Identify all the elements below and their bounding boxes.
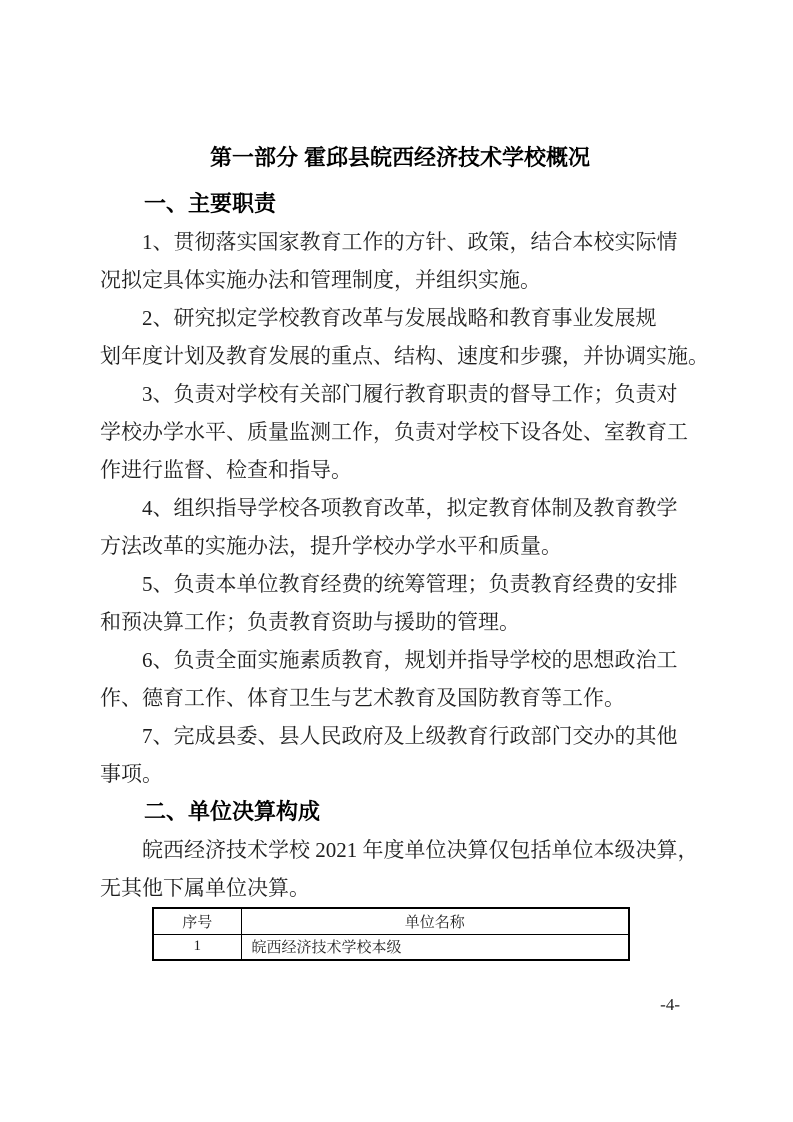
- paragraph-line: 4、组织指导学校各项教育改革，拟定教育体制及教育教学: [100, 489, 700, 527]
- paragraph-line: 作进行监督、检查和指导。: [100, 451, 700, 489]
- paragraph-duty-7: 7、完成县委、县人民政府及上级教育行政部门交办的其他 事项。: [100, 717, 700, 793]
- paragraph-line: 7、完成县委、县人民政府及上级教育行政部门交办的其他: [100, 717, 700, 755]
- section-heading-main-duties: 一、主要职责: [100, 185, 700, 223]
- page-number: -4-: [100, 993, 700, 1017]
- paragraph-duty-1: 1、贯彻落实国家教育工作的方针、政策，结合本校实际情 况拟定具体实施办法和管理制…: [100, 223, 700, 299]
- paragraph-line: 事项。: [100, 755, 700, 793]
- paragraph-line: 学校办学水平、质量监测工作，负责对学校下设各处、室教育工: [100, 413, 700, 451]
- paragraph-accounts-scope: 皖西经济技术学校 2021 年度单位决算仅包括单位本级决算， 无其他下属单位决算…: [100, 831, 700, 907]
- units-table-row: 1 皖西经济技术学校本级: [153, 934, 629, 960]
- paragraph-line: 无其他下属单位决算。: [100, 869, 700, 907]
- paragraph-line: 况拟定具体实施办法和管理制度，并组织实施。: [100, 261, 700, 299]
- document-content: 第一部分 霍邱县皖西经济技术学校概况 一、主要职责 1、贯彻落实国家教育工作的方…: [100, 0, 700, 1017]
- units-table: 序号 单位名称 1 皖西经济技术学校本级: [152, 907, 630, 961]
- units-table-cell-seq: 1: [153, 934, 241, 960]
- paragraph-line: 划年度计划及教育发展的重点、结构、速度和步骤，并协调实施。: [100, 337, 700, 375]
- units-table-cell-name: 皖西经济技术学校本级: [241, 934, 629, 960]
- section-heading-unit-accounts: 二、单位决算构成: [100, 793, 700, 831]
- paragraph-line: 作、德育工作、体育卫生与艺术教育及国防教育等工作。: [100, 679, 700, 717]
- document-page: 第一部分 霍邱县皖西经济技术学校概况 一、主要职责 1、贯彻落实国家教育工作的方…: [0, 0, 793, 1122]
- paragraph-line: 5、负责本单位教育经费的统筹管理；负责教育经费的安排: [100, 565, 700, 603]
- paragraph-line: 和预决算工作；负责教育资助与援助的管理。: [100, 603, 700, 641]
- paragraph-line: 2、研究拟定学校教育改革与发展战略和教育事业发展规: [100, 299, 700, 337]
- paragraph-line: 6、负责全面实施素质教育，规划并指导学校的思想政治工: [100, 641, 700, 679]
- paragraph-duty-3: 3、负责对学校有关部门履行教育职责的督导工作；负责对 学校办学水平、质量监测工作…: [100, 375, 700, 489]
- paragraph-line: 3、负责对学校有关部门履行教育职责的督导工作；负责对: [100, 375, 700, 413]
- paragraph-duty-6: 6、负责全面实施素质教育，规划并指导学校的思想政治工 作、德育工作、体育卫生与艺…: [100, 641, 700, 717]
- paragraph-line: 皖西经济技术学校 2021 年度单位决算仅包括单位本级决算，: [100, 831, 700, 869]
- units-table-header-name: 单位名称: [241, 908, 629, 934]
- paragraph-duty-5: 5、负责本单位教育经费的统筹管理；负责教育经费的安排 和预决算工作；负责教育资助…: [100, 565, 700, 641]
- paragraph-line: 方法改革的实施办法，提升学校办学水平和质量。: [100, 527, 700, 565]
- paragraph-line: 1、贯彻落实国家教育工作的方针、政策，结合本校实际情: [100, 223, 700, 261]
- paragraph-duty-2: 2、研究拟定学校教育改革与发展战略和教育事业发展规 划年度计划及教育发展的重点、…: [100, 299, 700, 375]
- paragraph-duty-4: 4、组织指导学校各项教育改革，拟定教育体制及教育教学 方法改革的实施办法，提升学…: [100, 489, 700, 565]
- units-table-header-seq: 序号: [153, 908, 241, 934]
- document-title: 第一部分 霍邱县皖西经济技术学校概况: [100, 139, 700, 177]
- units-table-header-row: 序号 单位名称: [153, 908, 629, 934]
